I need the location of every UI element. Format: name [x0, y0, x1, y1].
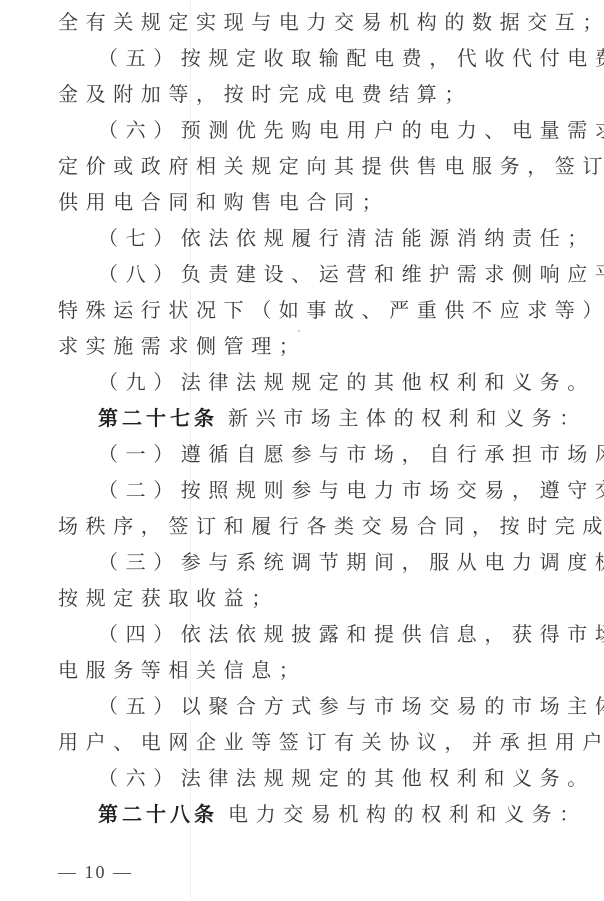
text-line: （四）依法依规披露和提供信息，获得市场交易和输配	[58, 616, 564, 652]
text-line: （六）预测优先购电用户的电力、电量需求，按照政府	[58, 112, 564, 148]
text-line: （五）以聚合方式参与市场交易的市场主体，应与代理	[58, 688, 564, 724]
page-number: — 10 —	[58, 862, 133, 883]
text-line: 供用电合同和购售电合同；	[58, 184, 564, 220]
text-line: 全有关规定实现与电力交易机构的数据交互；	[58, 4, 564, 40]
text-line: 按规定获取收益；	[58, 580, 564, 616]
text-line: 金及附加等，按时完成电费结算；	[58, 76, 564, 112]
text-line: （六）法律法规规定的其他权利和义务。	[58, 760, 564, 796]
text-line: 求实施需求侧管理；	[58, 328, 564, 364]
text-line: 定价或政府相关规定向其提供售电服务，签订和履行相应的	[58, 148, 564, 184]
article-28-title: 电力交易机构的权利和义务：	[228, 802, 587, 826]
text-line: （一）遵循自愿参与市场，自行承担市场风险的原则；	[58, 436, 564, 472]
text-line: 用户、电网企业等签订有关协议，并承担用户信息保密义务；	[58, 724, 564, 760]
article-27-title: 新兴市场主体的权利和义务：	[228, 406, 587, 430]
article-28-number: 第二十八条	[98, 802, 218, 826]
article-28-heading-line: 第二十八条电力交易机构的权利和义务：	[58, 796, 564, 832]
text-line: （八）负责建设、运营和维护需求侧响应平台，在系统	[58, 256, 564, 292]
text-line: 电服务等相关信息；	[58, 652, 564, 688]
text-line: （五）按规定收取输配电费，代收代付电费和政府性基	[58, 40, 564, 76]
text-line: （二）按照规则参与电力市场交易，遵守交易规则、市	[58, 472, 564, 508]
article-27-number: 第二十七条	[98, 406, 218, 430]
document-page: 全有关规定实现与电力交易机构的数据交互； （五）按规定收取输配电费，代收代付电费…	[58, 4, 564, 832]
text-line: （七）依法依规履行清洁能源消纳责任；	[58, 220, 564, 256]
text-line: 场秩序，签订和履行各类交易合同，按时完成电费结算；	[58, 508, 564, 544]
text-line: （九）法律法规规定的其他权利和义务。	[58, 364, 564, 400]
article-27-heading-line: 第二十七条新兴市场主体的权利和义务：	[58, 400, 564, 436]
text-line: （三）参与系统调节期间，服从电力调度机构统一调度，	[58, 544, 564, 580]
text-line: 特殊运行状况下（如事故、严重供不应求等）按政府有关要	[58, 292, 564, 328]
